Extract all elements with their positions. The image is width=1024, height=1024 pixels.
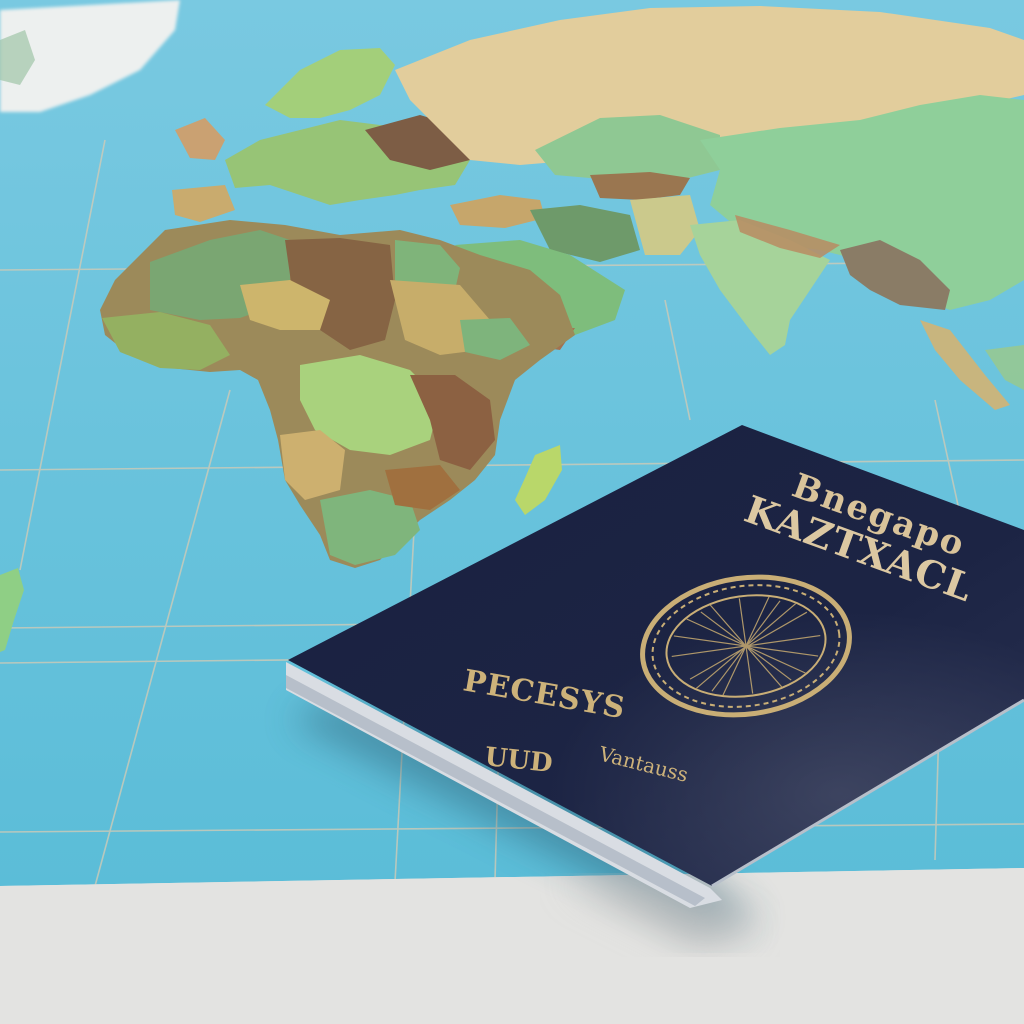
table-foreground (0, 868, 1024, 1024)
photo-scene: Bnegapo KAZTXACL PECESYS UUD Vantauss (0, 0, 1024, 1024)
